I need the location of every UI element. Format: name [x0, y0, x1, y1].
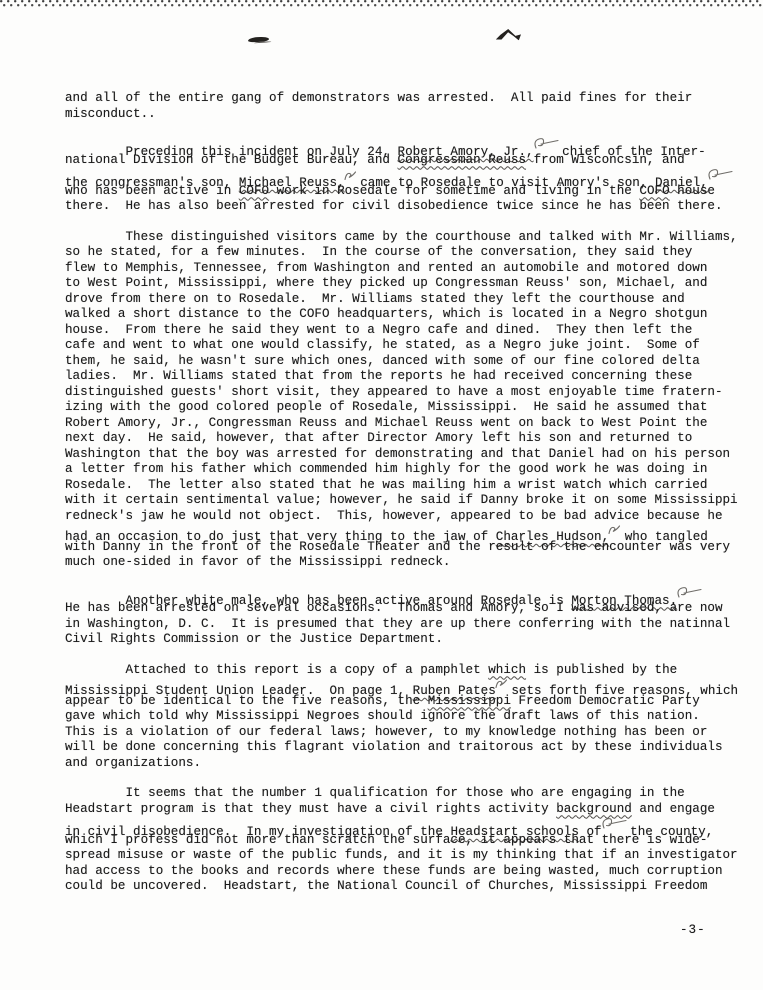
- text-segment: from Wisconcsin, and: [526, 153, 685, 167]
- page-number: -3-: [680, 923, 706, 937]
- text-line: He has been arrested on several occasion…: [65, 601, 755, 617]
- text-segment: redneck's jaw he would not object. This,…: [65, 509, 723, 523]
- pencil-underlined-text: Congressman Reuss: [398, 153, 526, 167]
- text-segment: He has been arrested on several occasion…: [65, 601, 723, 615]
- text-line: Washington that the boy was arrested for…: [65, 447, 755, 463]
- text-line: there. He has also been arrested for civ…: [65, 199, 755, 215]
- text-line: cafe and went to what one would classify…: [65, 338, 755, 354]
- text-line: Another white male, who has been active …: [65, 586, 755, 602]
- paragraph: and all of the entire gang of demonstrat…: [65, 91, 755, 122]
- text-segment: and organizations.: [65, 756, 201, 770]
- text-segment: much one-sided in favor of the Mississip…: [65, 555, 450, 569]
- text-line: had access to the books and records wher…: [65, 864, 755, 880]
- ink-smudge: [248, 36, 269, 42]
- text-segment: Rosedale. The letter also stated that he…: [65, 478, 707, 492]
- text-line: Headstart program is that they must have…: [65, 802, 755, 818]
- text-line: and all of the entire gang of demonstrat…: [65, 91, 755, 107]
- text-segment: walked a short distance to the COFO head…: [65, 307, 707, 321]
- text-line: spread misuse or waste of the public fun…: [65, 848, 755, 864]
- ink-smudge: [496, 29, 521, 41]
- text-line: Preceding this incident on July 24, Robe…: [65, 137, 755, 153]
- text-segment: work in Rosedale for sometime and living…: [269, 184, 639, 198]
- text-line: flew to Memphis, Tennessee, from Washing…: [65, 261, 755, 277]
- text-line: the congressman's son, Michael Reuss, ca…: [65, 168, 755, 184]
- text-segment: drove from there on to Rosedale. Mr. Wil…: [65, 292, 685, 306]
- text-line: Mississippi Student Union Leader. On pag…: [65, 678, 755, 694]
- text-segment: to West Point, Mississippi, where they p…: [65, 276, 707, 290]
- text-segment: Attached to this report is a copy of a p…: [65, 663, 488, 677]
- text-segment: and engage: [632, 802, 715, 816]
- paragraph: Another white male, who has been active …: [65, 586, 755, 648]
- text-segment: izing with the good colored people of Ro…: [65, 400, 707, 414]
- document-page: and all of the entire gang of demonstrat…: [0, 0, 763, 990]
- document-body: and all of the entire gang of demonstrat…: [65, 91, 755, 910]
- text-segment: Headstart program is that they must have…: [65, 802, 556, 816]
- text-segment: distinguished guests' short visit, they …: [65, 385, 723, 399]
- text-line: national Division of the Budget Bureau, …: [65, 153, 755, 169]
- paragraph: These distinguished visitors came by the…: [65, 230, 755, 571]
- text-segment: in Washington, D. C. It is presumed that…: [65, 617, 730, 631]
- text-segment: Civil Rights Commission or the Justice D…: [65, 632, 443, 646]
- text-segment: them, he said, he wasn't sure which ones…: [65, 354, 700, 368]
- text-line: misconduct..: [65, 107, 755, 123]
- text-segment: with Danny in the front of the Rosedale …: [65, 540, 730, 554]
- text-line: had an occasion to do just that very thi…: [65, 524, 755, 540]
- pencil-loop-mark-icon: [675, 586, 702, 600]
- text-segment: house: [670, 184, 715, 198]
- paragraph: It seems that the number 1 qualification…: [65, 786, 755, 895]
- text-line: This is a violation of our federal laws;…: [65, 725, 755, 741]
- text-segment: flew to Memphis, Tennessee, from Washing…: [65, 261, 707, 275]
- text-line: could be uncovered. Headstart, the Natio…: [65, 879, 755, 895]
- text-line: gave which told why Mississippi Negroes …: [65, 709, 755, 725]
- text-segment: had access to the books and records wher…: [65, 864, 723, 878]
- text-line: so he stated, for a few minutes. In the …: [65, 245, 755, 261]
- text-line: who has been active in COFO work in Rose…: [65, 184, 755, 200]
- pencil-underlined-text: COFO: [239, 184, 269, 198]
- pencil-underlined-text: which: [488, 663, 526, 677]
- text-segment: cafe and went to what one would classify…: [65, 338, 700, 352]
- text-line: walked a short distance to the COFO head…: [65, 307, 755, 323]
- text-line: It seems that the number 1 qualification…: [65, 786, 755, 802]
- text-segment: there. He has also been arrested for civ…: [65, 199, 723, 213]
- text-segment: spread misuse or waste of the public fun…: [65, 848, 738, 862]
- text-line: a letter from his father which commended…: [65, 462, 755, 478]
- text-segment: will be done concerning this flagrant vi…: [65, 740, 723, 754]
- pencil-loop-mark-icon: [706, 168, 733, 182]
- text-segment: with it certain sentimental value; howev…: [65, 493, 738, 507]
- scan-dotted-edge: [0, 0, 763, 9]
- text-segment: It seems that the number 1 qualification…: [65, 786, 685, 800]
- text-line: distinguished guests' short visit, they …: [65, 385, 755, 401]
- text-segment: house. From there he said they went to a…: [65, 323, 692, 337]
- text-line: with Danny in the front of the Rosedale …: [65, 540, 755, 556]
- text-segment: gave which told why Mississippi Negroes …: [65, 709, 700, 723]
- text-segment: a letter from his father which commended…: [65, 462, 707, 476]
- text-line: Rosedale. The letter also stated that he…: [65, 478, 755, 494]
- text-line: next day. He said, however, that after D…: [65, 431, 755, 447]
- paragraph: Preceding this incident on July 24, Robe…: [65, 137, 755, 215]
- text-segment: is published by the: [526, 663, 677, 677]
- text-line: in Washington, D. C. It is presumed that…: [65, 617, 755, 633]
- text-segment: and all of the entire gang of demonstrat…: [65, 91, 692, 105]
- text-segment: could be uncovered. Headstart, the Natio…: [65, 879, 707, 893]
- text-line: appear to be identical to the five reaso…: [65, 694, 755, 710]
- text-line: redneck's jaw he would not object. This,…: [65, 509, 755, 525]
- text-line: Robert Amory, Jr., Congressman Reuss and…: [65, 416, 755, 432]
- text-line: much one-sided in favor of the Mississip…: [65, 555, 755, 571]
- text-segment: These distinguished visitors came by the…: [65, 230, 738, 244]
- text-segment: ladies. Mr. Williams stated that from th…: [65, 369, 692, 383]
- text-line: These distinguished visitors came by the…: [65, 230, 755, 246]
- text-segment: so he stated, for a few minutes. In the …: [65, 245, 692, 259]
- text-line: with it certain sentimental value; howev…: [65, 493, 755, 509]
- text-line: house. From there he said they went to a…: [65, 323, 755, 339]
- text-segment: next day. He said, however, that after D…: [65, 431, 692, 445]
- text-line: izing with the good colored people of Ro…: [65, 400, 755, 416]
- pencil-underlined-text: background: [556, 802, 632, 816]
- text-line: Attached to this report is a copy of a p…: [65, 663, 755, 679]
- text-line: ladies. Mr. Williams stated that from th…: [65, 369, 755, 385]
- pencil-underlined-text: COFO: [639, 184, 669, 198]
- text-line: to West Point, Mississippi, where they p…: [65, 276, 755, 292]
- paragraph: Attached to this report is a copy of a p…: [65, 663, 755, 772]
- text-segment: Freedom Democratic Party: [511, 694, 700, 708]
- text-segment: misconduct..: [65, 107, 156, 121]
- text-line: will be done concerning this flagrant vi…: [65, 740, 755, 756]
- text-line: Civil Rights Commission or the Justice D…: [65, 632, 755, 648]
- text-line: in civil disobedience. In my investigati…: [65, 817, 755, 833]
- text-segment: Robert Amory, Jr., Congressman Reuss and…: [65, 416, 707, 430]
- text-line: and organizations.: [65, 756, 755, 772]
- text-line: which I profess did not more than scratc…: [65, 833, 755, 849]
- text-line: them, he said, he wasn't sure which ones…: [65, 354, 755, 370]
- text-segment: national Division of the Budget Bureau, …: [65, 153, 398, 167]
- text-line: drove from there on to Rosedale. Mr. Wil…: [65, 292, 755, 308]
- text-segment: appear to be identical to the five reaso…: [65, 694, 428, 708]
- text-segment: Washington that the boy was arrested for…: [65, 447, 730, 461]
- pencil-underlined-text: Mississippi: [428, 694, 511, 708]
- text-segment: This is a violation of our federal laws;…: [65, 725, 707, 739]
- text-segment: which I profess did not more than scratc…: [65, 833, 707, 847]
- text-segment: who has been active in: [65, 184, 239, 198]
